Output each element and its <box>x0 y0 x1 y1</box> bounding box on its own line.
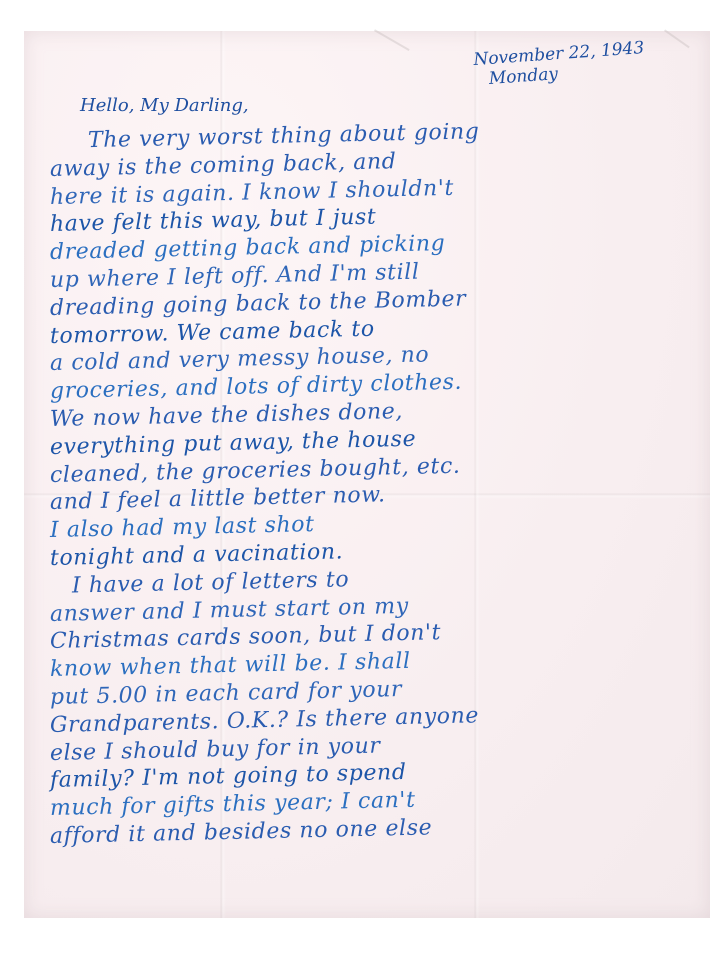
letter-greeting: Hello, My Darling, <box>80 95 249 116</box>
paper-crease <box>374 29 410 51</box>
paper-crease <box>664 29 690 48</box>
letter-body: The very worst thing about goingaway is … <box>50 128 710 851</box>
